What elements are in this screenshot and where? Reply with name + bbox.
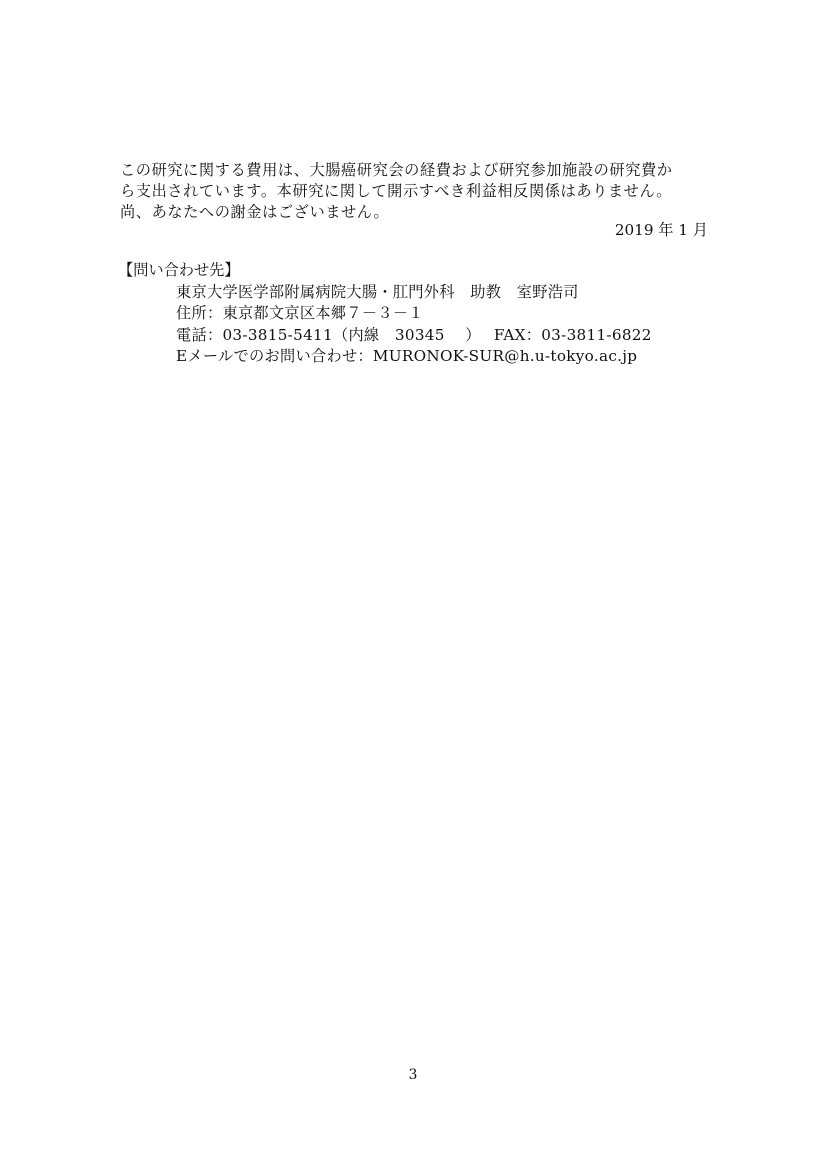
contact-address: 住所：東京都文京区本郷７－３－１ <box>120 303 720 325</box>
contact-heading: 【問い合わせ先】 <box>118 260 720 282</box>
contact-affiliation: 東京大学医学部附属病院大腸・肛門外科 助教 室野浩司 <box>120 282 720 304</box>
page-number: 3 <box>0 1066 826 1084</box>
document-date: 2019 年 1 月 <box>615 220 708 241</box>
paragraph-line: ら支出されています。本研究に関して開示すべき利益相反関係はありません。 <box>120 181 720 202</box>
funding-paragraph: この研究に関する費用は、大腸癌研究会の経費および研究参加施設の研究費か ら支出さ… <box>120 160 720 223</box>
contact-phone-fax: 電話：03-3815-5411（内線 30345 ） FAX：03-3811-6… <box>120 325 720 347</box>
contact-section: 【問い合わせ先】 東京大学医学部附属病院大腸・肛門外科 助教 室野浩司 住所：東… <box>120 260 720 368</box>
paragraph-line: この研究に関する費用は、大腸癌研究会の経費および研究参加施設の研究費か <box>120 160 720 181</box>
contact-email: Eメールでのお問い合わせ：MURONOK-SUR@h.u-tokyo.ac.jp <box>120 346 720 368</box>
document-page: この研究に関する費用は、大腸癌研究会の経費および研究参加施設の研究費か ら支出さ… <box>0 0 826 1169</box>
